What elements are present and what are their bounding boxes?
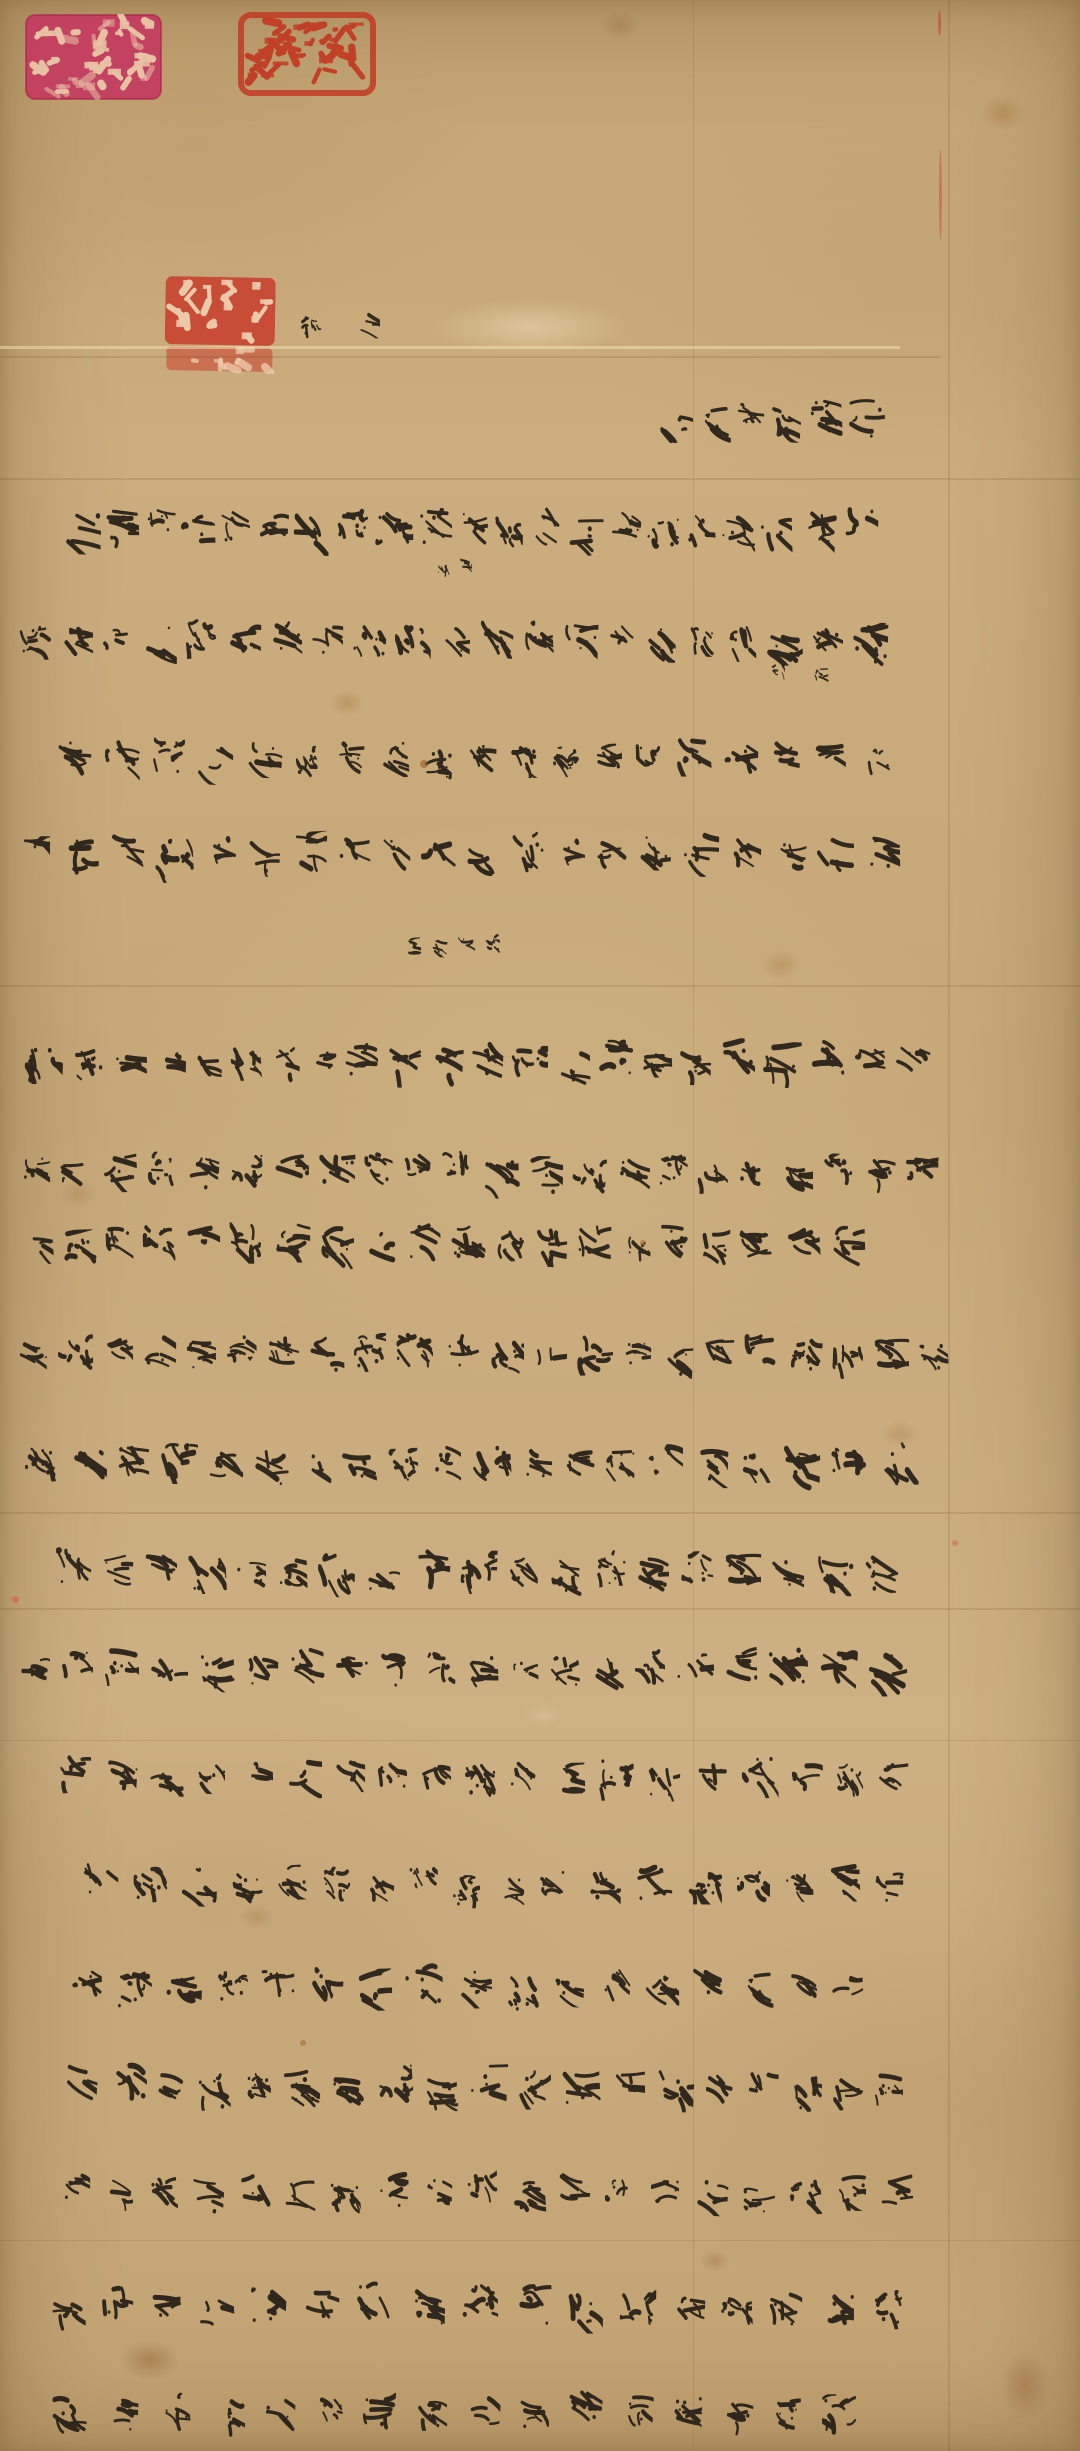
glyph — [529, 1156, 564, 1198]
glyph — [534, 1335, 567, 1375]
glyph — [807, 395, 843, 438]
glyph — [624, 1337, 652, 1371]
glyph — [745, 2064, 779, 2104]
glyph — [590, 1651, 624, 1691]
glyph — [187, 1339, 216, 1375]
glyph — [144, 1550, 177, 1590]
glyph — [157, 2069, 188, 2106]
text-column-col-07 — [25, 1038, 930, 1086]
glyph — [828, 1864, 860, 1903]
paper-crease — [0, 1512, 1080, 1514]
glyph — [818, 1645, 859, 1694]
glyph — [831, 1442, 869, 1489]
glyph — [743, 2178, 776, 2217]
glyph — [832, 1341, 864, 1379]
glyph — [345, 1043, 378, 1083]
glyph — [150, 1644, 189, 1691]
glyph — [453, 1874, 481, 1908]
glyph — [598, 1036, 636, 1082]
glyph — [420, 1757, 452, 1795]
glyph — [692, 1755, 729, 1800]
glyph — [366, 1869, 395, 1904]
glyph — [576, 1331, 613, 1376]
paper-crease — [0, 2240, 1080, 2241]
glyph — [719, 1038, 754, 1081]
glyph — [814, 1548, 854, 1596]
glyph — [552, 744, 581, 779]
glyph — [865, 832, 900, 874]
glyph — [395, 619, 432, 663]
glyph — [598, 1965, 631, 2004]
glyph — [552, 1968, 585, 2007]
glyph — [289, 1641, 325, 1684]
glyph — [261, 1965, 296, 2007]
text-column-col-14 — [60, 1754, 908, 1800]
glyph — [363, 1224, 400, 1268]
glyph — [229, 1151, 263, 1192]
glyph — [116, 1968, 152, 2011]
glyph — [682, 832, 719, 877]
seal-3 — [164, 276, 276, 374]
glyph — [20, 836, 50, 872]
glyph — [869, 2289, 904, 2331]
glyph — [743, 1971, 774, 2008]
glyph — [352, 619, 388, 661]
glyph — [720, 2292, 753, 2331]
glyph — [314, 2396, 342, 2430]
glyph — [874, 2070, 903, 2105]
glyph — [494, 1225, 525, 1262]
glyph — [147, 2174, 178, 2211]
glyph — [634, 1649, 666, 1687]
paper-fleck — [300, 2040, 306, 2046]
glyph — [51, 2395, 88, 2439]
glyph — [699, 406, 731, 444]
glyph — [680, 1047, 712, 1086]
glyph — [154, 834, 194, 882]
glyph — [468, 2060, 508, 2108]
paper-stain — [1000, 2350, 1050, 2420]
glyph — [643, 623, 677, 664]
glyph — [660, 1221, 692, 1260]
glyph — [301, 1447, 331, 1484]
glyph — [864, 1553, 898, 1594]
glyph — [373, 2169, 409, 2213]
glyph — [485, 934, 500, 953]
glyph — [811, 625, 843, 664]
glyph — [165, 1965, 203, 2010]
glyph — [309, 1337, 344, 1379]
paper-crease — [0, 478, 1080, 480]
glyph — [556, 1045, 590, 1087]
glyph — [338, 834, 371, 873]
text-column-col-20 — [52, 2390, 856, 2436]
glyph — [745, 1330, 781, 1374]
glyph — [102, 619, 134, 657]
glyph — [511, 1036, 548, 1081]
glyph — [429, 1444, 461, 1483]
glyph — [295, 746, 324, 781]
glyph — [54, 1547, 92, 1593]
glyph — [200, 1652, 234, 1693]
glyph — [616, 1150, 650, 1191]
glyph — [210, 2395, 246, 2438]
glyph — [511, 2174, 546, 2216]
glyph — [636, 1864, 672, 1908]
glyph — [330, 2179, 360, 2215]
glyph — [466, 2394, 500, 2435]
glyph — [773, 2398, 802, 2433]
text-column-col-06 — [403, 936, 500, 961]
glyph — [458, 1968, 492, 2010]
glyph — [70, 1046, 104, 1086]
glyph — [282, 2069, 320, 2116]
glyph — [378, 1754, 407, 1790]
glyph — [479, 617, 514, 659]
glyph — [379, 1650, 414, 1692]
paper-fleck — [420, 760, 428, 768]
glyph — [782, 1156, 813, 1194]
glyph — [724, 1552, 760, 1596]
glyph — [300, 313, 322, 339]
glyph — [20, 1154, 50, 1190]
glyph — [146, 1150, 179, 1189]
glyph — [143, 1332, 176, 1372]
glyph — [423, 2176, 452, 2211]
glyph — [796, 505, 837, 553]
glyph — [410, 2285, 446, 2328]
text-column-col-17 — [62, 2064, 903, 2112]
glyph — [645, 512, 680, 554]
glyph — [595, 834, 628, 873]
glyph — [396, 1331, 433, 1376]
glyph — [319, 1226, 354, 1269]
glyph — [457, 507, 489, 545]
glyph — [142, 623, 176, 665]
glyph — [539, 1866, 570, 1903]
glyph — [548, 1554, 585, 1598]
glyph — [833, 2073, 864, 2111]
glyph — [217, 1971, 248, 2009]
glyph — [597, 1755, 635, 1801]
text-column-col-05 — [20, 830, 900, 878]
glyph — [465, 2171, 498, 2210]
glyph — [20, 1336, 48, 1370]
glyph — [254, 1446, 290, 1490]
glyph — [402, 1152, 431, 1186]
glyph — [470, 1040, 504, 1080]
glyph — [307, 1045, 337, 1081]
interlinear-note-col-02 — [438, 558, 472, 576]
glyph — [772, 664, 785, 680]
glyph — [427, 1045, 464, 1089]
glyph — [584, 1865, 621, 1910]
glyph — [859, 743, 891, 781]
glyph — [705, 2071, 735, 2107]
glyph — [185, 618, 219, 659]
glyph — [493, 512, 523, 549]
glyph — [770, 836, 807, 880]
glyph — [528, 505, 564, 548]
text-column-col-19 — [52, 2284, 903, 2332]
glyph — [335, 1653, 368, 1693]
glyph — [239, 2172, 272, 2211]
glyph — [229, 1219, 266, 1264]
glyph — [361, 2391, 396, 2433]
glyph — [440, 1149, 474, 1190]
text-column-col-12 — [55, 1548, 898, 1596]
glyph — [472, 1441, 512, 1489]
glyph — [770, 738, 801, 775]
glyph — [490, 1338, 524, 1379]
glyph — [237, 1558, 266, 1593]
glyph — [788, 2071, 823, 2112]
glyph — [336, 739, 365, 774]
glyph — [636, 740, 664, 774]
text-column-col-10 — [20, 1332, 948, 1378]
glyph — [317, 1552, 356, 1599]
glyph — [724, 739, 759, 781]
glyph — [836, 1764, 863, 1797]
glyph — [425, 1650, 458, 1689]
glyph — [132, 1861, 167, 1903]
glyph — [782, 1445, 820, 1491]
glyph — [875, 1870, 904, 1905]
glyph — [724, 622, 756, 661]
glyph — [522, 1445, 553, 1482]
glyph — [335, 1756, 365, 1793]
glyph — [698, 1158, 729, 1195]
glyph — [152, 736, 185, 776]
text-column-col-18 — [62, 2170, 913, 2216]
glyph — [402, 937, 421, 959]
glyph — [196, 1759, 225, 1794]
glyph — [729, 831, 762, 870]
glyph — [68, 1446, 107, 1493]
glyph — [508, 1557, 538, 1593]
glyph — [150, 1754, 185, 1796]
glyph — [104, 1645, 139, 1687]
text-column-col-08 — [20, 1150, 938, 1196]
glyph — [700, 1229, 730, 1266]
glyph — [831, 1974, 863, 2013]
glyph — [356, 2282, 393, 2328]
glyph — [817, 834, 855, 880]
text-column-col-15 — [82, 1864, 903, 1910]
glyph — [59, 1153, 92, 1193]
glyph — [265, 2395, 295, 2431]
glyph — [576, 1220, 611, 1263]
text-column-col-11 — [25, 1440, 918, 1488]
glyph — [791, 1755, 823, 1793]
glyph — [459, 556, 473, 573]
glyph — [249, 2284, 288, 2330]
glyph — [769, 2290, 803, 2331]
glyph — [62, 2171, 90, 2205]
glyph — [611, 2072, 645, 2114]
glyph — [772, 1552, 804, 1591]
glyph — [655, 2064, 696, 2113]
glyph — [672, 2393, 702, 2429]
glyph — [461, 2281, 498, 2326]
glyph — [813, 736, 846, 776]
glyph — [275, 1221, 310, 1263]
glyph — [789, 2176, 822, 2216]
glyph — [836, 2175, 866, 2211]
glyph — [237, 1750, 274, 1794]
glyph — [518, 2068, 552, 2109]
glyph — [594, 1548, 627, 1587]
text-column-col-09 — [20, 1222, 865, 1268]
interlinear-note-col-03 — [772, 662, 828, 680]
glyph — [242, 2067, 273, 2103]
glyph — [292, 510, 330, 555]
glyph — [106, 507, 140, 548]
glyph — [420, 834, 458, 880]
glyph — [468, 1654, 499, 1691]
glyph — [415, 2392, 447, 2431]
glyph — [357, 1969, 392, 2011]
glyph — [508, 740, 539, 778]
paper-fleck — [640, 1240, 646, 1246]
text-column-col-04 — [57, 736, 890, 782]
glyph — [620, 1224, 652, 1262]
seal-1 — [25, 14, 162, 100]
glyph — [419, 508, 452, 548]
glyph — [568, 2290, 604, 2333]
glyph — [562, 1441, 596, 1482]
paper-stain — [330, 690, 364, 716]
glyph — [56, 738, 93, 782]
glyph — [560, 2171, 590, 2208]
glyph — [721, 2398, 754, 2437]
glyph — [58, 1333, 93, 1376]
glyph — [255, 506, 289, 546]
glyph — [290, 830, 329, 877]
glyph — [610, 505, 642, 544]
glyph — [764, 622, 802, 668]
glyph — [285, 2177, 317, 2215]
manuscript-page — [0, 0, 1080, 2451]
glyph — [787, 1967, 818, 2004]
glyph — [108, 2060, 147, 2107]
glyph — [354, 1333, 386, 1372]
glyph — [567, 511, 606, 557]
glyph — [760, 513, 793, 553]
glyph — [646, 1761, 680, 1802]
glyph — [61, 507, 101, 555]
glyph — [60, 624, 93, 665]
glyph — [556, 837, 586, 873]
glyph — [651, 2177, 679, 2211]
glyph — [623, 2391, 653, 2427]
glyph — [693, 1965, 730, 2009]
glyph — [693, 2173, 729, 2216]
glyph — [357, 310, 380, 338]
glyph — [861, 1155, 895, 1196]
glyph — [593, 744, 623, 781]
glyph — [61, 1644, 94, 1684]
seal-2 — [238, 12, 376, 96]
paper-crease — [693, 0, 694, 2451]
glyph — [407, 1222, 441, 1263]
glyph — [24, 1442, 58, 1483]
glyph — [267, 1334, 301, 1374]
glyph — [848, 397, 885, 442]
glyph — [533, 1227, 567, 1268]
glyph — [607, 620, 635, 653]
glyph — [818, 2290, 853, 2332]
glyph — [271, 1145, 309, 1191]
glyph — [658, 1151, 688, 1187]
text-column-col-16 — [72, 1966, 863, 2012]
glyph — [190, 2174, 225, 2216]
glyph — [676, 1646, 713, 1691]
glyph — [105, 2177, 133, 2211]
glyph — [684, 509, 717, 548]
glyph — [154, 1039, 186, 1077]
glyph — [268, 1046, 301, 1086]
glyph — [102, 1554, 133, 1591]
glyph — [876, 1758, 908, 1797]
glyph — [830, 1225, 866, 1268]
glyph — [208, 1446, 243, 1489]
glyph — [198, 2069, 232, 2110]
glyph — [405, 1962, 444, 2008]
glyph — [303, 2288, 340, 2332]
glyph — [561, 2065, 600, 2112]
glyph — [605, 1445, 636, 1482]
glyph — [851, 622, 888, 667]
glyph — [19, 1222, 55, 1265]
glyph — [919, 1341, 950, 1377]
glyph — [620, 2287, 656, 2331]
glyph — [496, 1874, 524, 1908]
glyph — [568, 2386, 605, 2430]
glyph — [104, 1757, 138, 1797]
glyph — [549, 1653, 580, 1690]
glyph — [63, 1229, 97, 1270]
glyph — [693, 1446, 728, 1489]
glyph — [103, 1335, 132, 1370]
glyph — [277, 1556, 307, 1592]
glyph — [81, 1861, 118, 1906]
glyph — [270, 618, 302, 657]
glyph — [60, 834, 100, 882]
glyph — [277, 1865, 308, 1902]
glyph — [822, 2394, 857, 2436]
text-column-col-03 — [20, 618, 888, 664]
glyph — [740, 1445, 772, 1484]
glyph — [444, 1333, 480, 1377]
glyph — [20, 1647, 50, 1684]
glyph — [784, 1224, 822, 1270]
glyph — [158, 2393, 191, 2432]
glyph — [160, 1440, 198, 1485]
paper-stain — [600, 10, 640, 40]
glyph — [904, 1154, 939, 1196]
glyph — [465, 741, 497, 779]
paper-stain — [980, 95, 1026, 131]
glyph — [101, 2285, 133, 2324]
glyph — [143, 1222, 176, 1261]
glyph — [851, 1038, 886, 1080]
glyph — [245, 734, 283, 780]
glyph — [881, 2173, 914, 2212]
paper-fleck — [938, 10, 941, 36]
glyph — [51, 2292, 85, 2333]
glyph — [467, 835, 501, 876]
